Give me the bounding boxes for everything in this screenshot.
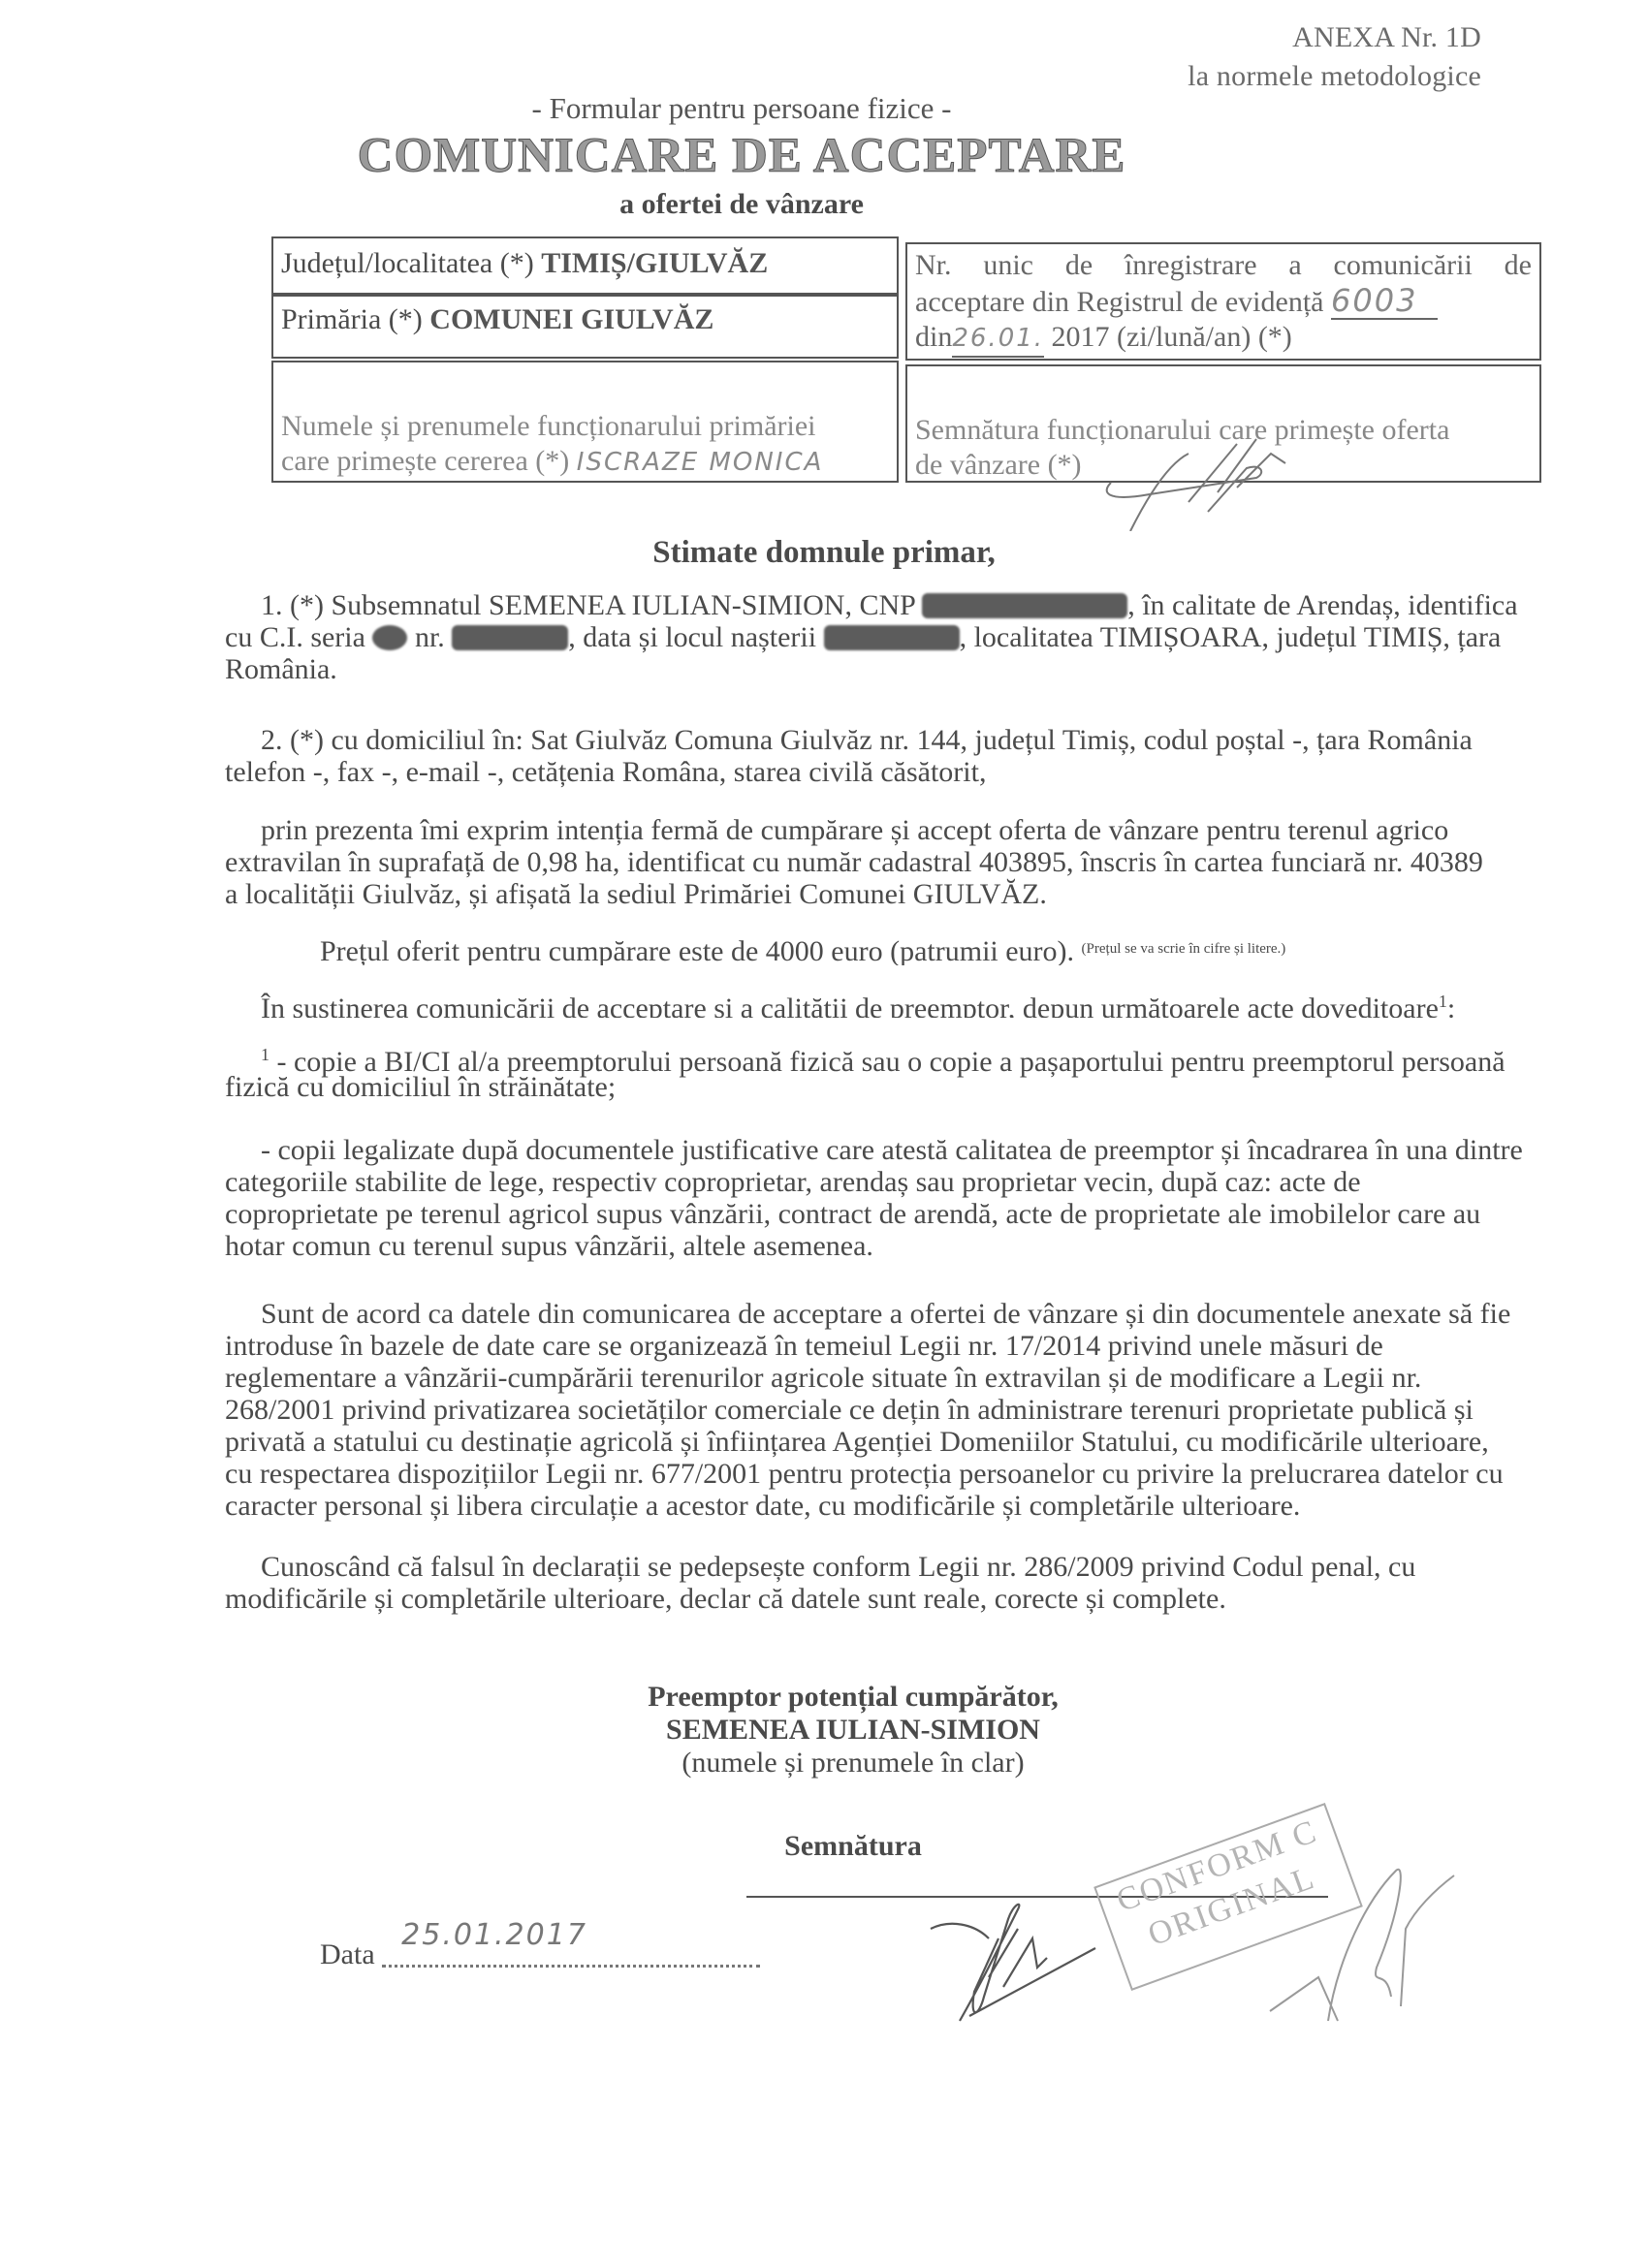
paragraph-support: În susținerea comunicării de acceptare ș… [225, 986, 1648, 1018]
townhall-label: Primăria (*) [281, 303, 423, 335]
footnote-2-line-1: - copii legalizate după documentele just… [225, 1134, 1648, 1166]
footnote-ref: 1 [1439, 992, 1447, 1011]
footnote-mark: 1 [261, 1045, 269, 1064]
document-title: COMUNICARE DE ACCEPTARE [0, 128, 1483, 184]
declaration-line-2: modificările și completările ulterioare,… [225, 1583, 1648, 1615]
clerk-name-handwritten: ISCRAZE MONICA [577, 448, 824, 477]
consent-line-1: Sunt de acord ca datele din comunicarea … [225, 1298, 1648, 1330]
document-subtitle: a ofertei de vânzare [0, 188, 1483, 221]
paragraph-consent: Sunt de acord ca datele din comunicarea … [225, 1298, 1648, 1522]
consent-line-5: privată a statului cu destinație agricol… [225, 1426, 1648, 1458]
id-series-label: cu C.I. seria [225, 621, 365, 653]
intent-line-3: a localității Giulvăz, și afișată la sed… [225, 878, 1648, 910]
registration-date-handwritten: 26.01. [952, 321, 1044, 358]
clerk-signature-cell: Semnătura funcționarului care primește o… [905, 364, 1541, 483]
country-text: România. [225, 653, 1648, 685]
paragraph-identity: 1. (*) Subsemnatul SEMENEA IULIAN-SIMION… [225, 589, 1648, 685]
footnote-2-line-4: hotar comun cu terenul supus vânzării, a… [225, 1230, 1648, 1262]
intent-line-2: extravilan în suprafață de 0,98 ha, iden… [225, 846, 1648, 878]
clerk-name-label-1: Numele și prenumele funcționarului primă… [281, 409, 823, 444]
buyer-role: Preemptor potențial cumpărător, [368, 1681, 1338, 1714]
registration-label-2: acceptare din Registrul de evidență [915, 286, 1323, 318]
annex-subtitle: la normele metodologice [1188, 60, 1481, 93]
signature-block: Preemptor potențial cumpărător, SEMENEA … [368, 1681, 1338, 1863]
townhall-cell: Primăria (*) COMUNEI GIULVĂZ [271, 293, 899, 359]
price-note: (Prețul se va scrie în cifre și litere.) [1082, 941, 1286, 957]
registration-number-handwritten: 6003 [1331, 283, 1438, 320]
redacted-id-number [452, 625, 568, 650]
annex-number: ANEXA Nr. 1D [1292, 21, 1481, 54]
townhall-value: COMUNEI GIULVĂZ [429, 303, 713, 335]
county-value: TIMIȘ/GIULVĂZ [541, 247, 768, 279]
redacted-cnp [922, 593, 1127, 618]
date-handwritten: 25.01.2017 [401, 1918, 587, 1952]
form-type: - Formular pentru persoane fizice - [0, 91, 1483, 126]
buyer-name-note: (numele și prenumele în clar) [368, 1747, 1338, 1780]
footnote-2-line-3: coproprietate pe terenul agricol supus v… [225, 1198, 1648, 1230]
paragraph-declaration: Cunoscând că falsul în declarații se ped… [225, 1551, 1648, 1615]
date-label: Data [320, 1938, 375, 1970]
id-number-label: nr. [415, 621, 445, 653]
consent-line-3: reglementare a vânzării-cumpărării teren… [225, 1362, 1648, 1394]
registration-date-suffix: 2017 (zi/lună/an) (*) [1052, 321, 1292, 353]
paragraph-price: Prețul oferit pentru cumpărare este de 4… [225, 933, 1648, 965]
birth-label: , data și locul nașterii [568, 621, 816, 653]
registration-label-1: Nr. unic de înregistrare a comunicării d… [915, 248, 1532, 283]
consent-line-7: caracter personal și libera circulație a… [225, 1490, 1648, 1522]
identity-role-text: , în calitate de Arendaș, identifica [1127, 589, 1517, 621]
paragraph-domicile: 2. (*) cu domiciliul în: Sat Giulvăz Com… [225, 724, 1648, 788]
identity-text: 1. (*) Subsemnatul SEMENEA IULIAN-SIMION… [261, 589, 915, 621]
stamp-signature-scribble [1260, 1861, 1474, 2026]
footnote-1: 1 - copie a BI/CI al/a preemptorului per… [225, 1039, 1648, 1103]
redacted-birth-date [824, 625, 960, 650]
county-cell: Județul/localitatea (*) TIMIȘ/GIULVĂZ [271, 236, 899, 297]
paragraph-intent: prin prezenta îmi exprim intenția fermă … [225, 814, 1648, 910]
salutation: Stimate domnule primar, [0, 535, 1648, 571]
footnote-2-line-2: categoriile stabilite de lege, respectiv… [225, 1166, 1648, 1198]
county-label: Județul/localitatea (*) [281, 247, 534, 279]
redacted-id-series [372, 625, 407, 650]
footnote-2: - copii legalizate după documentele just… [225, 1134, 1648, 1262]
clerk-name-label-2: care primește cererea (*) [281, 445, 569, 477]
date-field: Data 25.01.2017 [320, 1938, 760, 1971]
birth-place-text: , localitatea TIMIȘOARA, județul TIMIȘ, … [960, 621, 1502, 653]
buyer-name: SEMENEA IULIAN-SIMION [368, 1714, 1338, 1747]
declaration-line-1: Cunoscând că falsul în declarații se ped… [225, 1551, 1648, 1583]
registration-cell: Nr. unic de înregistrare a comunicării d… [905, 242, 1541, 361]
support-colon: : [1447, 992, 1455, 1018]
domicile-line-1: 2. (*) cu domiciliul în: Sat Giulvăz Com… [225, 724, 1648, 756]
consent-line-6: cu respectarea dispozițiilor Legii nr. 6… [225, 1458, 1648, 1490]
clerk-signature-scribble [1092, 425, 1344, 531]
clerk-name-cell: Numele și prenumele funcționarului primă… [271, 361, 899, 483]
consent-line-2: introduse în bazele de date care se orga… [225, 1330, 1648, 1362]
registration-date-prefix: din [915, 321, 952, 353]
price-text: Prețul oferit pentru cumpărare este de 4… [320, 935, 1074, 965]
domicile-line-2: telefon -, fax -, e-mail -, cetățenia Ro… [225, 756, 1648, 788]
consent-line-4: 268/2001 privind privatizarea societățil… [225, 1394, 1648, 1426]
intent-line-1: prin prezenta îmi exprim intenția fermă … [225, 814, 1648, 846]
support-text: În susținerea comunicării de acceptare ș… [261, 992, 1439, 1018]
